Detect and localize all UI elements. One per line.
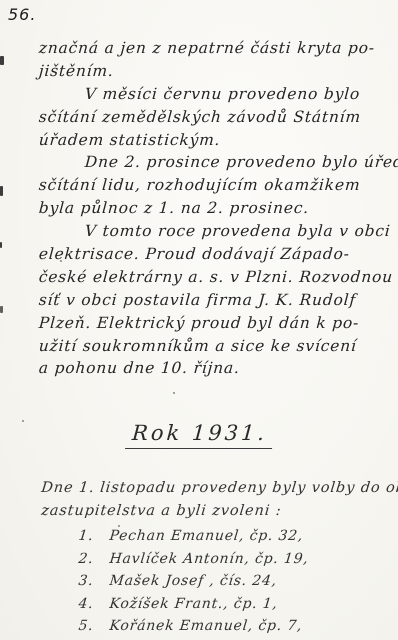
handwritten-line: V měsíci červnu provedeno bylo: [38, 83, 394, 106]
handwritten-line: úřadem statistickým.: [38, 129, 394, 152]
member-name: Havlíček Antonín, čp. 19,: [109, 551, 310, 567]
handwritten-line: V tomto roce provedena byla v obci: [38, 220, 394, 243]
scan-speck: [0, 306, 3, 313]
member-name: Pechan Emanuel, čp. 32,: [109, 528, 304, 544]
handwritten-line: Plzeň. Elektrický proud byl dán k po-: [38, 312, 394, 335]
handwritten-text-block: značná a jen z nepatrné části kryta po- …: [38, 37, 392, 380]
member-number: 2.: [77, 551, 95, 567]
council-member-row: 3. Mašek Josef , čís. 24,: [76, 573, 309, 596]
page-number: 56.: [8, 5, 36, 24]
council-member-row: 5. Kořánek Emanuel, čp. 7,: [76, 618, 309, 640]
handwritten-line: sčítání zemědělských závodů Státním: [38, 106, 394, 129]
year-heading-block: Rok 1931.: [0, 421, 398, 449]
handwritten-line: síť v obci postavila firma J. K. Rudolf: [38, 289, 394, 312]
member-number: 3.: [77, 573, 95, 589]
council-member-row: 4. Kožíšek Frant., čp. 1,: [76, 596, 309, 619]
chronicle-page: 56. značná a jen z nepatrné části kryta …: [0, 0, 398, 640]
scan-dot: [22, 420, 24, 422]
handwritten-line: značná a jen z nepatrné části kryta po-: [38, 37, 394, 60]
election-intro-block: Dne 1. listopadu provedeny byly volby do…: [40, 477, 392, 523]
handwritten-line: české elektrárny a. s. v Plzni. Rozvodno…: [38, 266, 394, 289]
handwritten-line: a pohonu dne 10. října.: [38, 357, 394, 380]
scan-dot: [60, 260, 62, 262]
handwritten-line: byla půlnoc z 1. na 2. prosinec.: [38, 197, 394, 220]
member-name: Mašek Josef , čís. 24,: [109, 573, 278, 589]
scan-speck: [0, 56, 4, 65]
council-member-list: 1. Pechan Emanuel, čp. 32, 2. Havlíček A…: [76, 528, 307, 640]
member-name: Kožíšek Frant., čp. 1,: [109, 596, 279, 612]
member-number: 4.: [77, 596, 95, 612]
scan-dot: [118, 525, 120, 527]
handwritten-line: Dne 2. prosince provedeno bylo úřední: [38, 151, 394, 174]
member-number: 1.: [77, 528, 95, 544]
member-number: 5.: [77, 618, 95, 634]
council-member-row: 1. Pechan Emanuel, čp. 32,: [76, 528, 309, 551]
year-heading: Rok 1931.: [125, 421, 274, 449]
scan-speck: [0, 186, 3, 196]
scan-dot: [173, 392, 175, 394]
handwritten-line: sčítání lidu, rozhodujícím okamžikem: [38, 174, 394, 197]
scan-speck: [0, 242, 2, 248]
handwritten-line: Dne 1. listopadu provedeny byly volby do…: [40, 477, 394, 500]
council-member-row: 2. Havlíček Antonín, čp. 19,: [76, 551, 309, 574]
member-name: Kořánek Emanuel, čp. 7,: [109, 618, 303, 634]
handwritten-line: jištěním.: [38, 60, 394, 83]
handwritten-line: elektrisace. Proud dodávají Západo-: [38, 243, 394, 266]
handwritten-line: užití soukromníkům a sice ke svícení: [38, 335, 394, 358]
handwritten-line: zastupitelstva a byli zvoleni :: [40, 500, 394, 523]
